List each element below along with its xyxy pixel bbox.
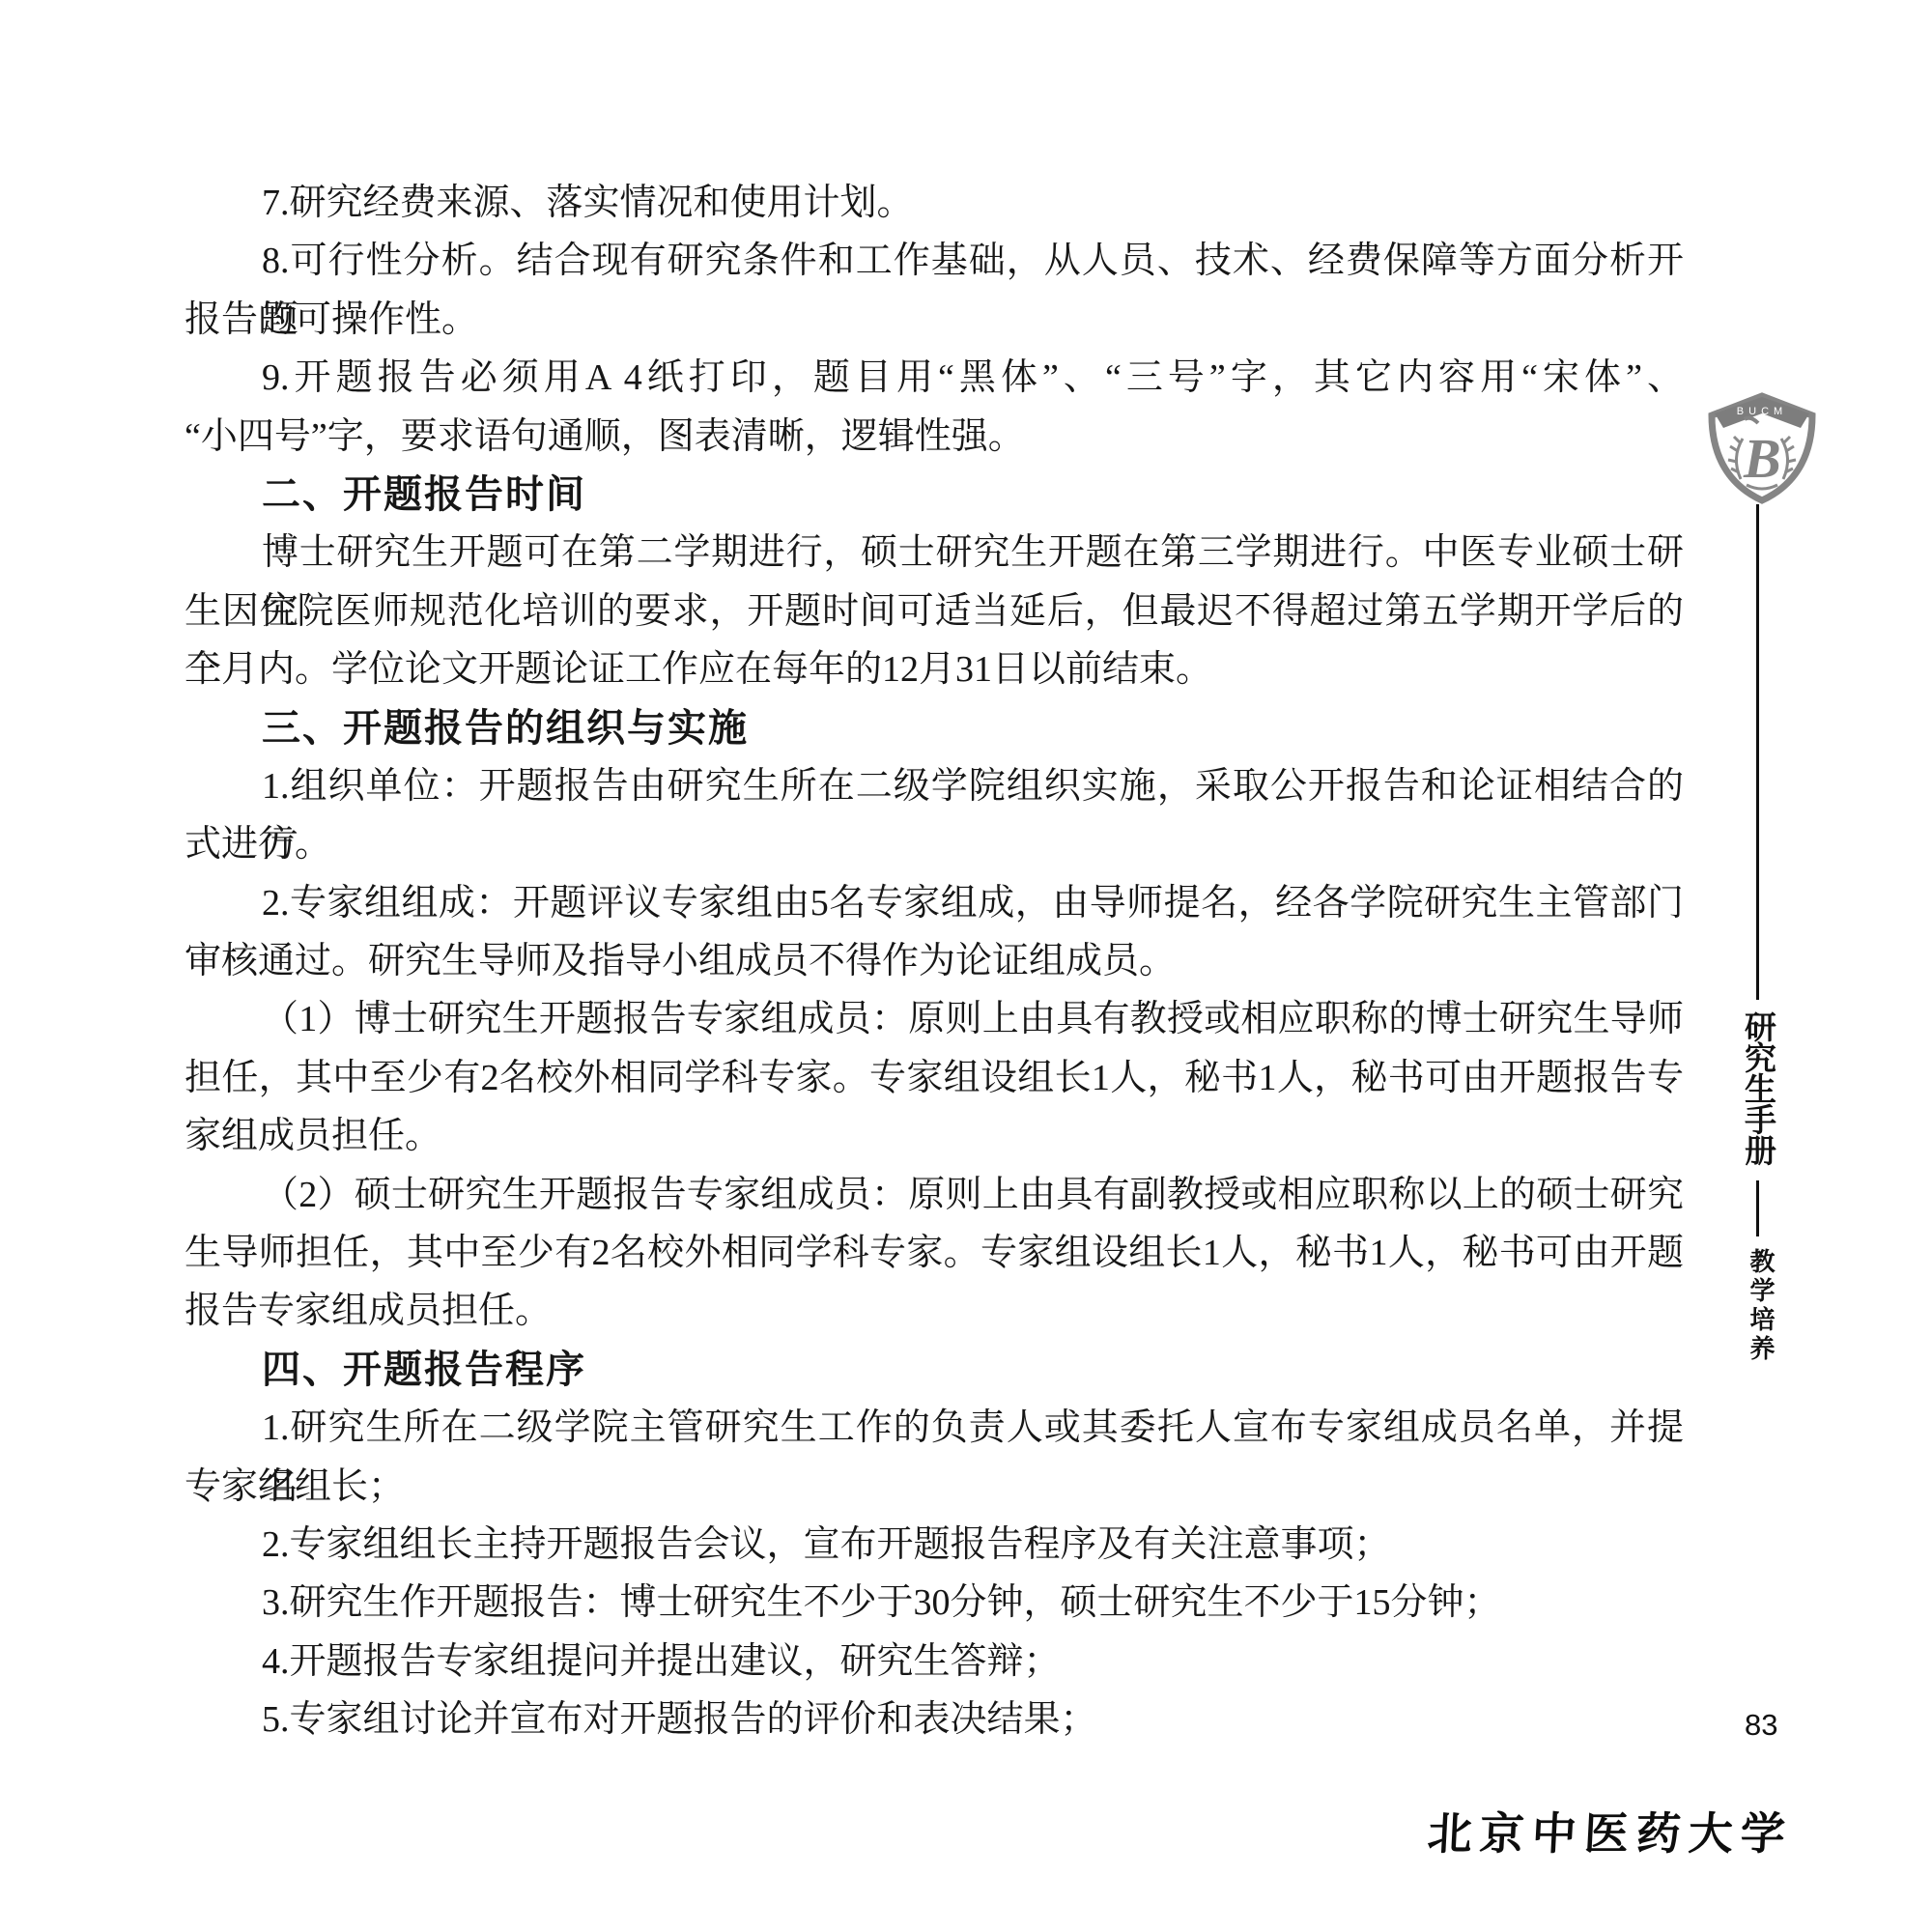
text-line: 2.专家组组成：开题评议专家组由5名专家组成，由导师提名，经各学院研究生主管部门 <box>185 874 1684 932</box>
text-line: 5.专家组讨论并宣布对开题报告的评价和表决结果； <box>185 1690 1684 1748</box>
document-body: 7.研究经费来源、落实情况和使用计划。8.可行性分析。结合现有研究条件和工作基础… <box>185 174 1684 1749</box>
text-line: 报告的可操作性。 <box>185 291 1684 349</box>
text-line: 1.组织单位：开题报告由研究生所在二级学院组织实施，采取公开报告和论证相结合的方 <box>185 757 1684 815</box>
text-line: 式进行。 <box>185 815 1684 873</box>
text-line: 家组成员担任。 <box>185 1107 1684 1165</box>
text-line: 担任，其中至少有2名校外相同学科专家。专家组设组长1人，秘书1人，秘书可由开题报… <box>185 1049 1684 1107</box>
university-name-calligraphy: 北京中医药大学 <box>1426 1799 1794 1862</box>
text-line: 9.开题报告必须用A 4纸打印，题目用“黑体”、“三号”字，其它内容用“宋体”、 <box>185 349 1684 407</box>
section-label-vertical: 教学培养 <box>1743 1248 1778 1364</box>
monogram-flourish <box>1745 418 1758 423</box>
text-line: 二、开题报告时间 <box>185 466 1684 524</box>
text-line: 四、开题报告程序 <box>185 1341 1684 1399</box>
text-line: 2.专家组组长主持开题报告会议，宣布开题报告程序及有关注意事项； <box>185 1516 1684 1574</box>
logo-band-text: BUCM <box>1737 406 1787 417</box>
shield-logo-icon: BUCM B <box>1702 390 1822 506</box>
text-line: 报告专家组成员担任。 <box>185 1282 1684 1340</box>
logo-monogram: B <box>1743 427 1781 490</box>
text-line: 生因住院医师规范化培训的要求，开题时间可适当延后，但最迟不得超过第五学期开学后的… <box>185 582 1684 640</box>
text-line: 博士研究生开题可在第二学期进行，硕士研究生开题在第三学期进行。中医专业硕士研究 <box>185 524 1684 582</box>
text-line: “小四号”字，要求语句通顺，图表清晰，逻辑性强。 <box>185 408 1684 466</box>
sidebar-rule-top <box>1756 504 1759 1000</box>
university-logo: BUCM B <box>1702 390 1822 506</box>
page-number: 83 <box>1745 1708 1777 1743</box>
text-line: 审核通过。研究生导师及指导小组成员不得作为论证组成员。 <box>185 932 1684 990</box>
text-line: （1）博士研究生开题报告专家组成员：原则上由具有教授或相应职称的博士研究生导师 <box>185 990 1684 1048</box>
text-line: 专家组组长； <box>185 1458 1684 1516</box>
text-line: 三、开题报告的组织与实施 <box>185 699 1684 757</box>
text-line: 3.研究生作开题报告：博士研究生不少于30分钟，硕士研究生不少于15分钟； <box>185 1574 1684 1632</box>
handbook-page: 7.研究经费来源、落实情况和使用计划。8.可行性分析。结合现有研究条件和工作基础… <box>0 0 1932 1932</box>
text-line: 7.研究经费来源、落实情况和使用计划。 <box>185 174 1684 232</box>
text-line: 8.可行性分析。结合现有研究条件和工作基础，从人员、技术、经费保障等方面分析开题 <box>185 232 1684 290</box>
handbook-title-vertical: 研究生手册 <box>1735 1010 1780 1165</box>
text-line: 个月内。学位论文开题论证工作应在每年的12月31日以前结束。 <box>185 640 1684 698</box>
text-line: （2）硕士研究生开题报告专家组成员：原则上由具有副教授或相应职称以上的硕士研究 <box>185 1166 1684 1224</box>
text-line: 1.研究生所在二级学院主管研究生工作的负责人或其委托人宣布专家组成员名单，并提名 <box>185 1399 1684 1457</box>
sidebar-rule-bottom <box>1756 1180 1759 1236</box>
text-line: 生导师担任，其中至少有2名校外相同学科专家。专家组设组长1人，秘书1人，秘书可由… <box>185 1224 1684 1282</box>
text-line: 4.开题报告专家组提问并提出建议，研究生答辩； <box>185 1633 1684 1690</box>
